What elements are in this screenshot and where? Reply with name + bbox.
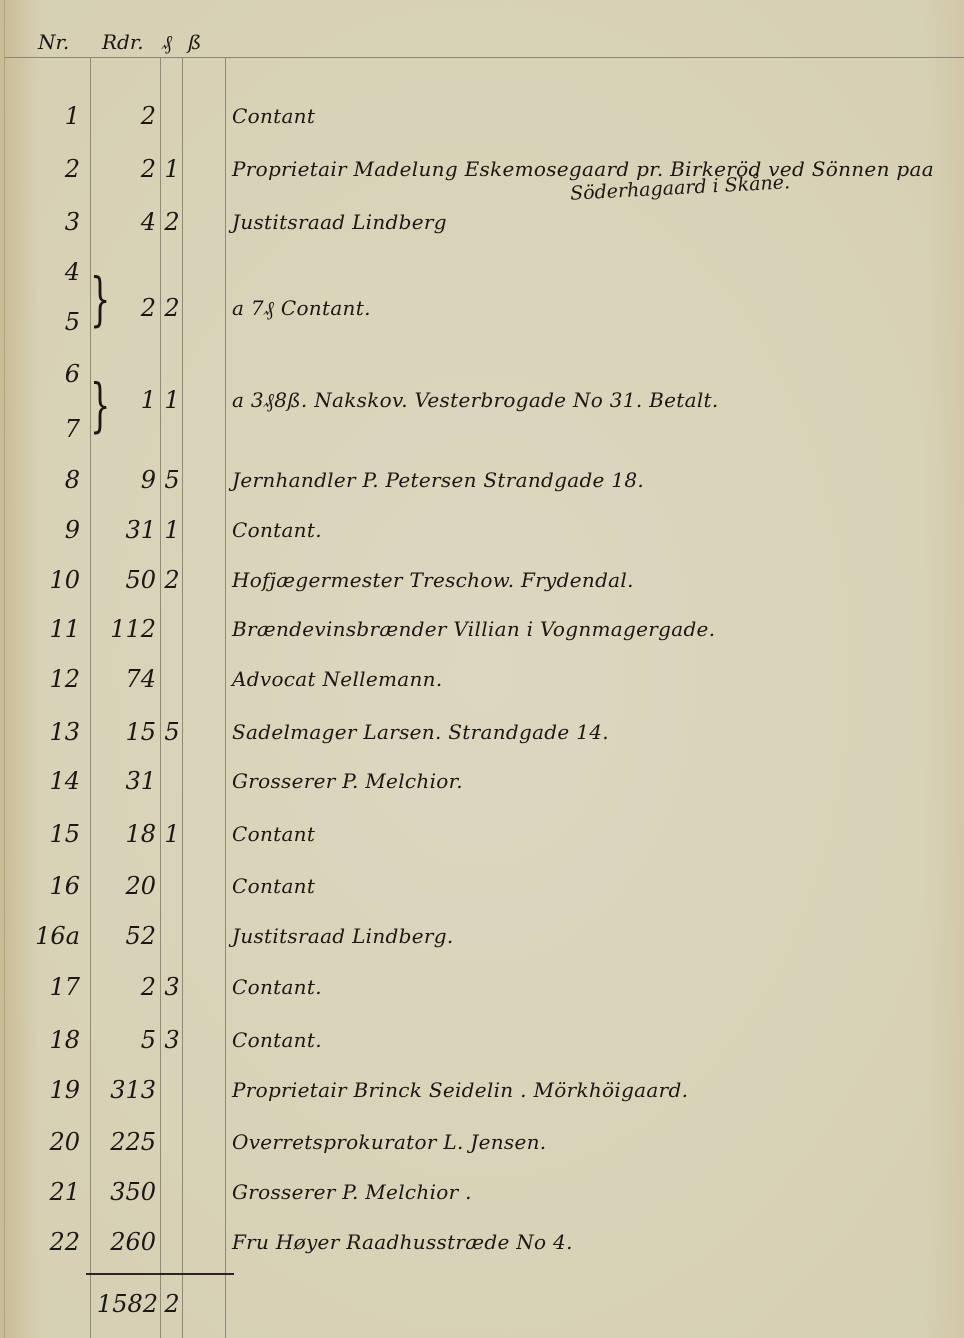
row-mark: 5 (163, 718, 181, 746)
row-description: Fru Høyer Raadhusstræde No 4. (232, 1228, 573, 1256)
table-row: 10502Hofjægermester Treschow. Frydendal. (0, 566, 964, 606)
row-number: 3 (0, 208, 80, 236)
header-skilling: ß (188, 30, 201, 54)
row-rigsdaler: 20 (92, 872, 156, 900)
row-description: Contant (232, 872, 315, 900)
row-rigsdaler: 2 (92, 973, 156, 1001)
row-number: 7 (0, 415, 80, 443)
row-number: 8 (0, 466, 80, 494)
row-description: Contant. (232, 516, 322, 544)
table-row: 11112Brændevinsbrænder Villian i Vognmag… (0, 615, 964, 655)
row-mark: 2 (163, 566, 181, 594)
row-description: Brændevinsbrænder Villian i Vognmagergad… (232, 615, 715, 643)
row-description: Hofjægermester Treschow. Frydendal. (232, 566, 634, 594)
row-number: 5 (0, 308, 80, 336)
table-row: 1274Advocat Nellemann. (0, 665, 964, 705)
row-description: Overretsprokurator L. Jensen. (232, 1128, 546, 1156)
row-rigsdaler: 31 (92, 767, 156, 795)
brace-rows-4-5: } (90, 270, 110, 328)
total-rule (86, 1273, 234, 1275)
brace-rows-6-7: } (90, 376, 110, 434)
table-row: 9311Contant. (0, 516, 964, 556)
row-description: Contant (232, 102, 315, 130)
table-row: 1853Contant. (0, 1026, 964, 1066)
row-number: 19 (0, 1076, 80, 1104)
row-description: Advocat Nellemann. (232, 665, 442, 693)
row-rigsdaler: 260 (92, 1228, 156, 1256)
table-row: 1620Contant (0, 872, 964, 912)
table-row: 1431Grosserer P. Melchior. (0, 767, 964, 807)
row-rigsdaler: 50 (92, 566, 156, 594)
row-description: Proprietair Madelung Eskemosegaard pr. B… (232, 155, 934, 183)
ledger-page: Nr. Rdr. ₰ ß 12Contant221Proprietair Mad… (0, 0, 964, 1338)
row-mark: 1 (163, 820, 181, 848)
row-number: 11 (0, 615, 80, 643)
total-mark: 2 (163, 1290, 181, 1318)
table-row: 895Jernhandler P. Petersen Strandgade 18… (0, 466, 964, 506)
row-description: Grosserer P. Melchior. (232, 767, 463, 795)
row-number: 2 (0, 155, 80, 183)
row-description: Contant. (232, 973, 322, 1001)
row-mark: 1 (163, 516, 181, 544)
row-description: Grosserer P. Melchior . (232, 1178, 472, 1206)
row-mark: 3 (163, 1026, 181, 1054)
row-number: 13 (0, 718, 80, 746)
row-rigsdaler: 112 (92, 615, 156, 643)
row-description: Jernhandler P. Petersen Strandgade 18. (232, 466, 644, 494)
table-row: 13155Sadelmager Larsen. Strandgade 14. (0, 718, 964, 758)
row-number: 6 (0, 360, 80, 388)
table-row: 20225Overretsprokurator L. Jensen. (0, 1128, 964, 1168)
row-description: a 3₰8ß. Nakskov. Vesterbrogade No 31. Be… (232, 386, 719, 414)
row-rigsdaler: 15 (92, 718, 156, 746)
row-rigsdaler: 31 (92, 516, 156, 544)
row-rigsdaler: 18 (92, 820, 156, 848)
table-row: 16a52Justitsraad Lindberg. (0, 922, 964, 962)
row-rigsdaler: 74 (92, 665, 156, 693)
row-rigsdaler: 9 (92, 466, 156, 494)
row-number: 17 (0, 973, 80, 1001)
row-mark: 1 (163, 386, 181, 414)
row-number: 4 (0, 258, 80, 286)
table-row: 4 (0, 258, 964, 298)
row-description: Contant. (232, 1026, 322, 1054)
row-rigsdaler: 4 (92, 208, 156, 236)
row-mark: 3 (163, 973, 181, 1001)
table-row: 342Justitsraad Lindberg (0, 208, 964, 248)
row-number: 14 (0, 767, 80, 795)
row-number: 20 (0, 1128, 80, 1156)
table-row: 5 (0, 308, 964, 348)
row-number: 16a (0, 922, 80, 950)
row-number: 1 (0, 102, 80, 130)
row-number: 21 (0, 1178, 80, 1206)
row-mark: 5 (163, 466, 181, 494)
header-nr: Nr. (38, 30, 69, 54)
row-description: Sadelmager Larsen. Strandgade 14. (232, 718, 609, 746)
row-description: Justitsraad Lindberg. (232, 922, 454, 950)
row-rigsdaler: 225 (92, 1128, 156, 1156)
row-rigsdaler: 52 (92, 922, 156, 950)
row-number: 15 (0, 820, 80, 848)
table-row: 221Proprietair Madelung Eskemosegaard pr… (0, 155, 964, 195)
row-rigsdaler: 350 (92, 1178, 156, 1206)
row-mark: 2 (163, 208, 181, 236)
row-number: 9 (0, 516, 80, 544)
table-row: 7 (0, 415, 964, 455)
row-rigsdaler: 313 (92, 1076, 156, 1104)
row-rigsdaler: 2 (92, 102, 156, 130)
row-description: Proprietair Brinck Seidelin . Mörkhöigaa… (232, 1076, 688, 1104)
table-row: 22260Fru Høyer Raadhusstræde No 4. (0, 1228, 964, 1268)
header-mark: ₰ (162, 30, 172, 55)
row-number: 16 (0, 872, 80, 900)
table-row: 12Contant (0, 102, 964, 142)
row-number: 18 (0, 1026, 80, 1054)
row-rigsdaler: 5 (92, 1026, 156, 1054)
row-number: 12 (0, 665, 80, 693)
header-rule (5, 57, 964, 58)
row-mark: 1 (163, 155, 181, 183)
table-row: 21350Grosserer P. Melchior . (0, 1178, 964, 1218)
header-rdr: Rdr. (102, 30, 144, 54)
total-rdr: 1582 (92, 1290, 158, 1318)
row-description: Justitsraad Lindberg (232, 208, 447, 236)
table-row: 15181Contant (0, 820, 964, 860)
row-description: Contant (232, 820, 315, 848)
row-number: 22 (0, 1228, 80, 1256)
row-rigsdaler: 2 (92, 155, 156, 183)
table-row: 19313Proprietair Brinck Seidelin . Mörkh… (0, 1076, 964, 1116)
table-row: 1723Contant. (0, 973, 964, 1013)
row-number: 10 (0, 566, 80, 594)
